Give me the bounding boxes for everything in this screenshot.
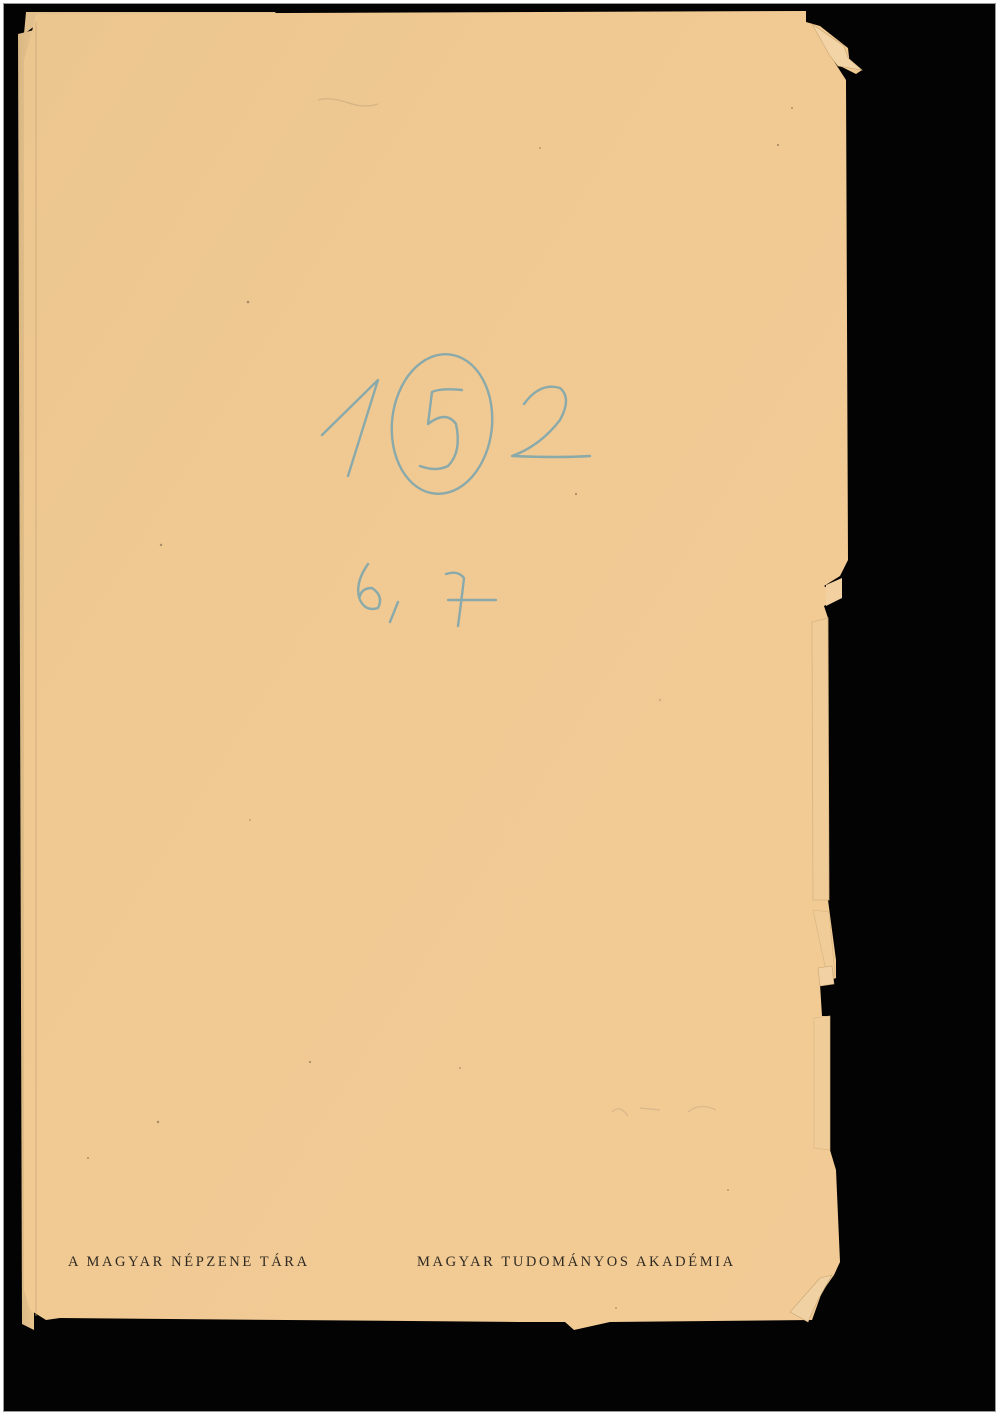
series-title: A MAGYAR NÉPZENE TÁRA [68, 1254, 310, 1271]
paper-sheet [24, 11, 862, 1330]
publisher-name: MAGYAR TUDOMÁNYOS AKADÉMIA [417, 1254, 736, 1271]
paper-folder [0, 0, 1000, 1416]
